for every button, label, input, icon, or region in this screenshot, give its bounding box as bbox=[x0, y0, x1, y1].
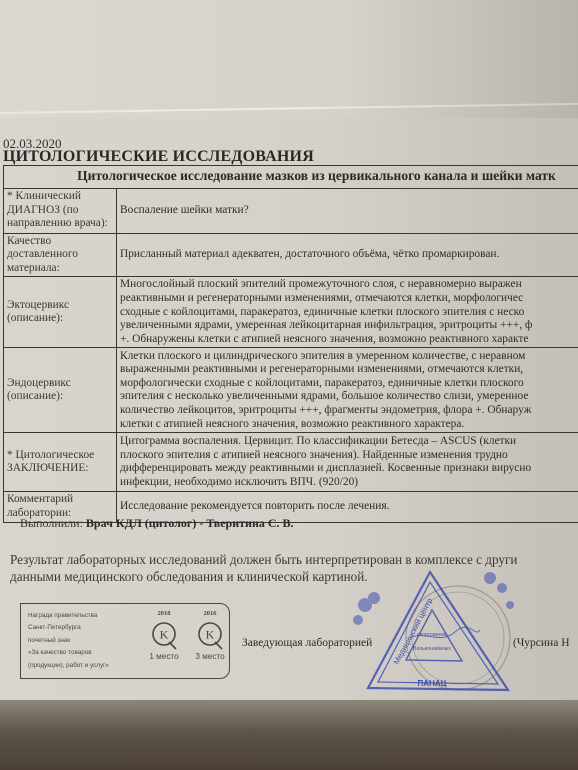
award-2018: 2018 K 1 место bbox=[141, 610, 187, 661]
row-label-conclusion: * Цитологическое ЗАКЛЮЧЕНИЕ: bbox=[4, 433, 117, 492]
row-label-endocervix: Эндоцервикс (описание): bbox=[4, 348, 117, 433]
award-2016: 2016 K 3 место bbox=[187, 610, 233, 661]
award-description: Награда правительства Санкт-Петербурга п… bbox=[28, 610, 109, 672]
page-title: ЦИТОЛОГИЧЕСКИЕ ИССЛЕДОВАНИЯ bbox=[3, 148, 314, 166]
row-label-ectocervix: Эктоцервикс (описание): bbox=[4, 277, 117, 348]
row-value-diagnosis: Воспаление шейки матки? bbox=[117, 188, 578, 233]
table-row: * Цитологическое ЗАКЛЮЧЕНИЕ: Цитограмма … bbox=[4, 433, 578, 492]
quality-k-icon: K bbox=[149, 620, 179, 650]
table-header: Цитологическое исследование мазков из це… bbox=[4, 166, 578, 189]
row-label-diagnosis: * Клинический ДИАГНОЗ (по направлению вр… bbox=[4, 188, 117, 233]
row-value-material-quality: Присланный материал адекватен, достаточн… bbox=[117, 233, 578, 277]
row-value-endocervix: Клетки плоского и цилиндрического эпител… bbox=[117, 348, 578, 433]
background-sheet bbox=[0, 0, 578, 120]
table-row: Качество доставленного материала: Присла… bbox=[4, 233, 578, 277]
svg-text:Вольнонаёмных: Вольнонаёмных bbox=[413, 646, 451, 652]
svg-text:ПАНАЦ: ПАНАЦ bbox=[418, 679, 447, 688]
svg-text:K: K bbox=[160, 628, 169, 642]
svg-text:K: K bbox=[206, 628, 215, 642]
row-value-ectocervix: Многослойный плоский эпителий промежуточ… bbox=[117, 277, 578, 348]
results-table: Цитологическое исследование мазков из це… bbox=[3, 165, 578, 523]
quality-k-icon: K bbox=[195, 620, 225, 650]
performed-by-name: Врач КДЛ (цитолог) - Тверитина С. В. bbox=[86, 516, 294, 530]
stamp-seal-icon: Медицинский центр ПАНАЦ спортсменов Воль… bbox=[340, 560, 530, 702]
table-row: Эндоцервикс (описание): Клетки плоского … bbox=[4, 348, 578, 433]
award-box: Награда правительства Санкт-Петербурга п… bbox=[20, 603, 230, 679]
row-value-conclusion: Цитограмма воспаления. Цервицит. По клас… bbox=[117, 433, 578, 492]
shadow-area bbox=[0, 700, 578, 770]
table-row: Эктоцервикс (описание): Многослойный пло… bbox=[4, 277, 578, 348]
performed-by: Выполнили: Врач КДЛ (цитолог) - Тверитин… bbox=[20, 516, 294, 531]
performed-by-label: Выполнили: bbox=[20, 516, 83, 530]
row-label-material-quality: Качество доставленного материала: bbox=[4, 233, 117, 277]
table-row: * Клинический ДИАГНОЗ (по направлению вр… bbox=[4, 188, 578, 233]
